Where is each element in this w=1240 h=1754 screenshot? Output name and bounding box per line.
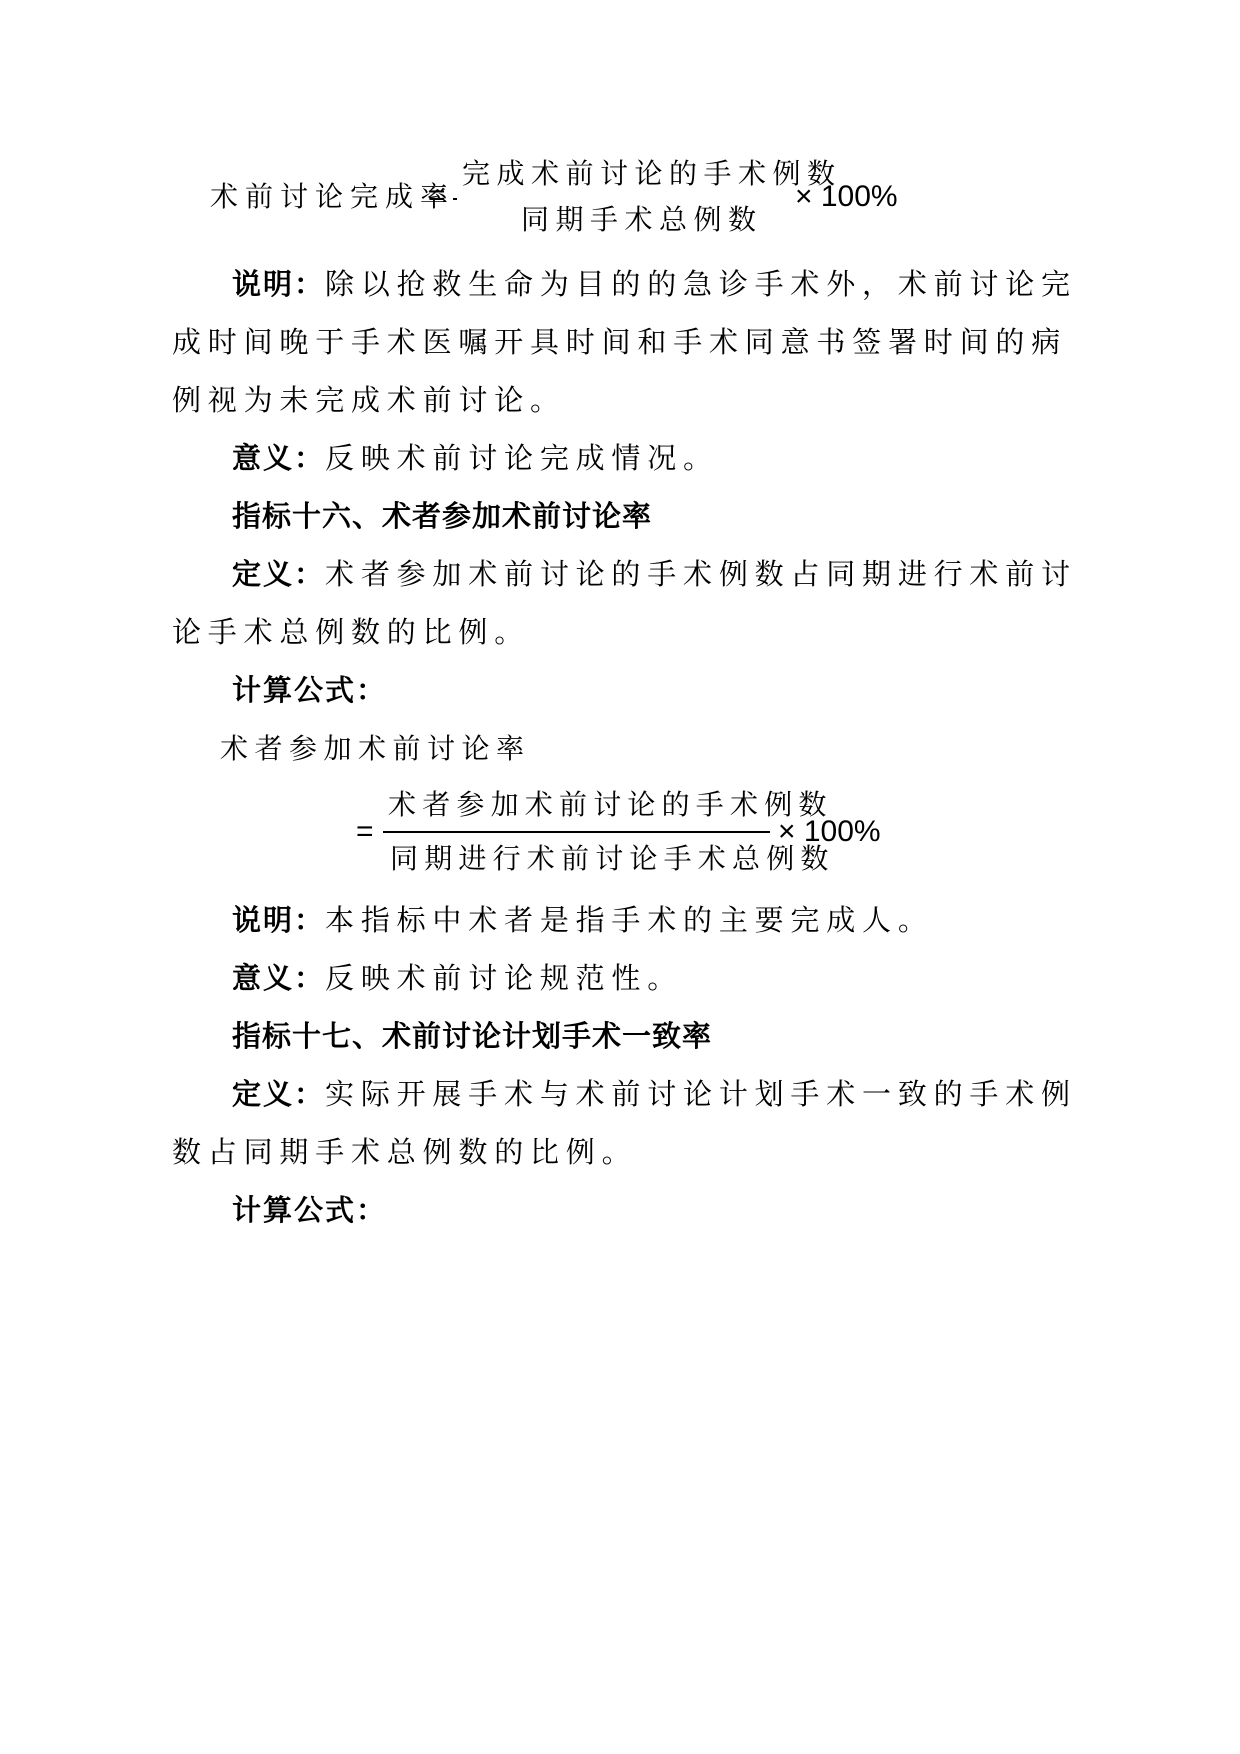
indicator-16-note: 说明：本指标中术者是指手术的主要完成人。 [232,902,934,938]
note-line-3: 例视为未完成术前讨论。 [172,382,566,418]
indicator-16-formula-label: 计算公式： [232,672,387,708]
indicator-17-heading: 指标十七、术前讨论计划手术一致率 [232,1018,712,1054]
note-line-1: 说明：除以抢救生命为目的的急诊手术外，术前讨论完 [232,266,1077,302]
definition-line-1: 定义：术者参加术前讨论的手术例数占同期进行术前讨 [232,556,1077,592]
formula-numerator: 完成术前讨论的手术例数 [462,157,842,191]
indicator-16-meaning: 意义：反映术前讨论规范性。 [232,960,683,996]
document-page: 术前讨论完成率 = 完成术前讨论的手术例数 同期手术总例数 × 100% 说明：… [0,0,1240,1754]
formula-denominator: 同期手术总例数 [521,203,763,237]
definition-line-2: 数占同期手术总例数的比例。 [172,1134,637,1170]
formula-multiplier: × 100% [778,815,881,849]
definition-text-1: 实际开展手术与术前讨论计划手术一致的手术例 [325,1077,1077,1111]
note-text: 本指标中术者是指手术的主要完成人。 [325,903,934,937]
note-label: 说明： [232,267,325,301]
formula-lhs: 术者参加术前讨论率 [220,732,531,766]
note-text-1: 除以抢救生命为目的的急诊手术外，术前讨论完 [325,267,1077,301]
indicator-17-formula-label: 计算公式： [232,1192,387,1228]
formula-equals: = [428,179,446,213]
formula-denominator: 同期进行术前讨论手术总例数 [390,842,835,876]
meaning-text: 反映术前讨论完成情况。 [325,441,719,475]
indicator-16-heading: 指标十六、术者参加术前讨论率 [232,498,652,534]
definition-line-1: 定义：实际开展手术与术前讨论计划手术一致的手术例 [232,1076,1077,1112]
meaning-label: 意义： [232,441,325,475]
meaning-paragraph: 意义：反映术前讨论完成情况。 [232,440,719,476]
definition-label: 定义： [232,1077,325,1111]
note-line-2: 成时间晚于手术医嘱开具时间和手术同意书签署时间的病 [172,324,1067,360]
formula-equals: = [356,815,374,849]
formula-fraction-bar-fragment [453,198,457,200]
formula-multiplier: × 100% [795,180,898,214]
meaning-text: 反映术前讨论规范性。 [325,961,683,995]
definition-line-2: 论手术总例数的比例。 [172,614,530,650]
formula-lhs: 术前讨论完成率 [210,180,455,214]
definition-label: 定义： [232,557,325,591]
formula-numerator: 术者参加术前讨论的手术例数 [388,788,833,822]
note-label: 说明： [232,903,325,937]
meaning-label: 意义： [232,961,325,995]
definition-text-1: 术者参加术前讨论的手术例数占同期进行术前讨 [325,557,1077,591]
fraction-bar [383,831,770,833]
